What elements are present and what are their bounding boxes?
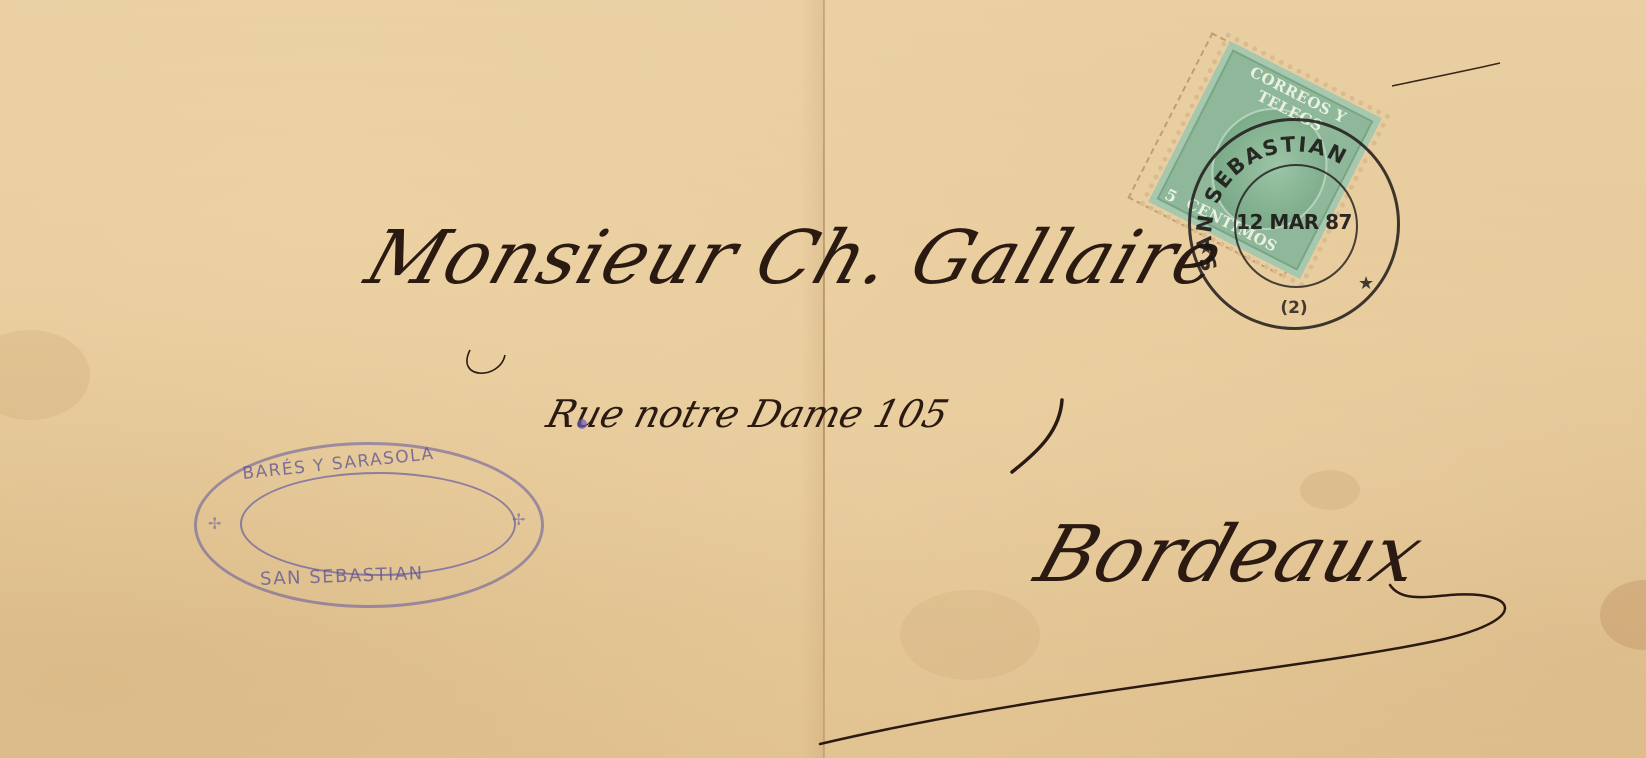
postmark-star-icon: ★ — [1198, 238, 1214, 259]
postmark-date: 12 MAR 87 — [1224, 210, 1364, 234]
svg-text:SAN SEBASTIAN: SAN SEBASTIAN — [1192, 132, 1352, 274]
handwritten-address: Monsieur Ch. Gallaire Rue notre Dame 105… — [0, 0, 1646, 758]
postmark-number: (2) — [1274, 298, 1314, 318]
envelope-cover: BARÉS Y SARASOLA SAN SEBASTIAN ✢ ✢ Monsi… — [0, 0, 1646, 758]
postmark-office-name: SAN SEBASTIAN — [1192, 132, 1352, 274]
postmark-star-icon: ★ — [1358, 273, 1374, 294]
pen-flourishes — [0, 0, 1646, 758]
postmark: SAN SEBASTIAN 12 MAR 87 ★ ★ (2) — [1188, 118, 1400, 330]
